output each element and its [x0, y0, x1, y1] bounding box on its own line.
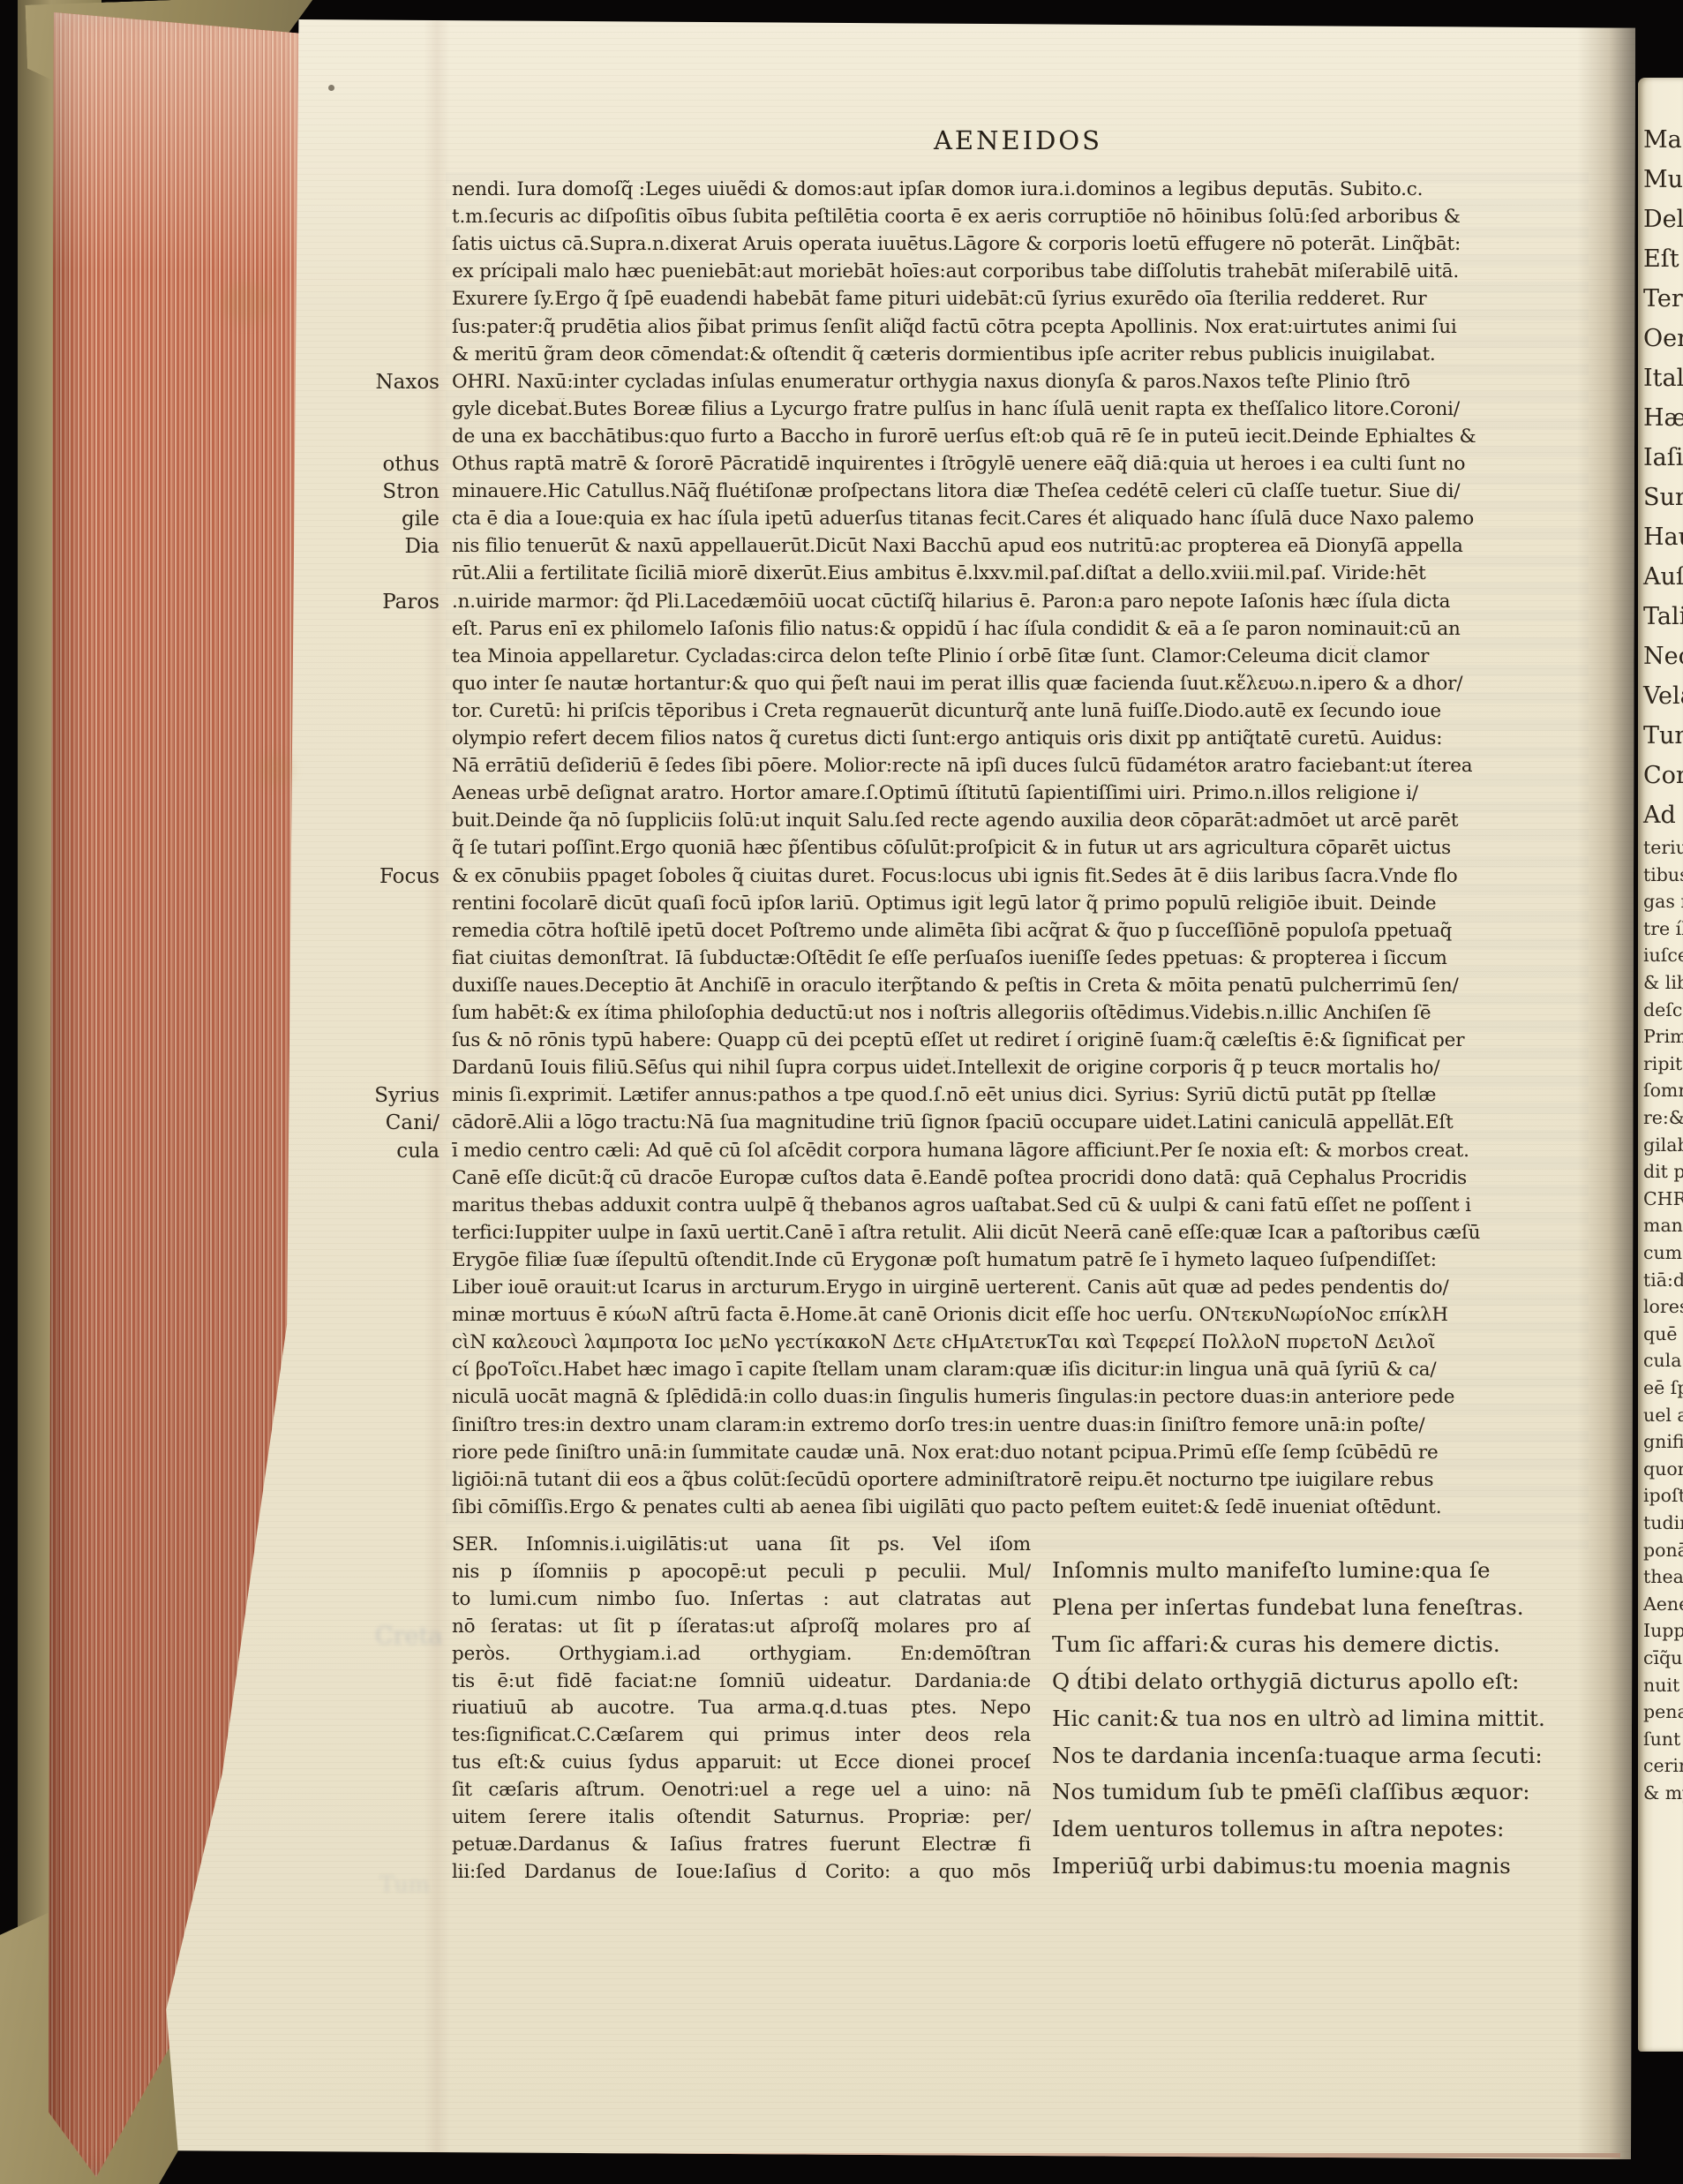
facing-page-line: cum r: [1643, 1242, 1683, 1263]
facing-page-line: & lib: [1643, 972, 1683, 993]
text-line: cta ē dia a Ioue:quia ex hac íſula ipetū…: [452, 508, 1584, 535]
text-line: minæ mortuus ē κύωΝ aſtrū facta ē.Home.ā…: [452, 1304, 1584, 1331]
facing-page-line: Oen: [1643, 325, 1683, 352]
facing-page-line: gilaba: [1643, 1134, 1683, 1156]
verse-line: Tum ſic affari:& curas his demere dictis…: [1052, 1631, 1604, 1668]
margin-label: gile: [300, 508, 440, 531]
facing-page-line: Terr: [1643, 285, 1683, 313]
text-line: t.m.ſecuris ac diſpoſitis oībus ſubita p…: [452, 206, 1584, 233]
text-line: niculā uocāt magnā & ſplēdidā:in collo d…: [452, 1386, 1584, 1413]
text-line: ex prícipali malo hæc pueniebāt:aut mori…: [452, 260, 1584, 288]
text-line: rūt.Alii a fertilitate ſiciliā miorē dix…: [452, 562, 1584, 590]
book-photo: Creta Tum AENEIDOS nendi. Iura domoſq̃ :…: [0, 0, 1683, 2184]
text-line: fiat ciuitas demonſtrat. Iā ſubductæ:Oſt…: [452, 947, 1584, 975]
margin-label: cula: [300, 1140, 440, 1163]
text-line: to lumi.cum nimbo ſuo. Inſertas : aut cl…: [452, 1588, 1031, 1615]
text-line: tes:ſignificat.C.Cæſarem qui primus inte…: [452, 1724, 1031, 1751]
text-line: tea Minoia appellaretur. Cycladas:circa …: [452, 645, 1584, 673]
facing-page-line: gas nō: [1643, 891, 1683, 912]
facing-page-line: Tali: [1643, 603, 1683, 630]
facing-page-line: quē d: [1643, 1323, 1683, 1344]
facing-page-line: Ad o: [1643, 802, 1683, 829]
text-line: riuatiuū ab aucotre. Tua arma.q.d.tuas p…: [452, 1697, 1031, 1724]
text-line: q̃ ſe tutari poſſint.Ergo quoniā hæc p̃ſ…: [452, 837, 1584, 864]
facing-page-line: mani: [1643, 1215, 1683, 1236]
facing-page-line: Italia: [1643, 365, 1683, 392]
text-line: & meritū g̃ram deoʀ cōmendat:& oſtendit …: [452, 343, 1584, 371]
page-bottom-edge: [207, 2153, 1620, 2158]
text-line: nendi. Iura domoſq̃ :Leges uiuẽdi & domo…: [452, 178, 1584, 206]
facing-page-line: cerime: [1643, 1755, 1683, 1776]
text-line: tus eſt:& cuius ſydus apparuit: ut Ecce …: [452, 1751, 1031, 1779]
text-line: .n.uiride marmor: q̃d Pli.Lacedæmōiū uoc…: [452, 591, 1584, 618]
text-line: Othus raptā matrē & ſororē Pācratidē inq…: [452, 453, 1584, 480]
facing-page-line: Corr: [1643, 762, 1683, 789]
facing-page-line: & myſt: [1643, 1782, 1683, 1804]
paper-stain: [258, 755, 293, 785]
facing-page-line: quonī: [1643, 1458, 1683, 1480]
margin-label: Naxos: [300, 371, 440, 394]
facing-page-line: deſcri: [1643, 999, 1683, 1020]
facing-page-line: Deli: [1643, 206, 1683, 233]
text-line: ſit cæſaris aſtrum. Oenotri:uel a rege u…: [452, 1779, 1031, 1806]
text-line: Dardanū Iouis filiū.Sēſus qui nihil ſupr…: [452, 1057, 1584, 1084]
facing-page-line: re:& c: [1643, 1107, 1683, 1128]
margin-label: Stron: [300, 480, 440, 503]
verse-line: Nos tumidum ſub te pmēſi claſſibus æquor…: [1052, 1779, 1604, 1816]
facing-page-line: lores: [1643, 1296, 1683, 1317]
facing-page-line: Auſo: [1643, 563, 1683, 591]
text-line: terfici:Iuppiter uulpe in ſaxū uertit.Ca…: [452, 1222, 1584, 1249]
text-line: cādorē.Alii a lōgo tractu:Nā ſua magnitu…: [452, 1111, 1584, 1139]
facing-page-line: Eſt l: [1643, 245, 1683, 273]
facing-page-line: ſomn: [1643, 1080, 1683, 1101]
text-line: ſus & nō rōnis typū habere: Quapp cū dei…: [452, 1029, 1584, 1057]
verse-line: Nos te dardania incenſa:tuaque arma ſecu…: [1052, 1743, 1604, 1780]
facing-page-line: Hæ i: [1643, 404, 1683, 432]
text-line: SER. Inſomnis.i.uigilātis:ut uana ſit ps…: [452, 1533, 1031, 1561]
ink-fleck: [328, 85, 334, 91]
text-line: minauere.Hic Catullus.Nāq̃ fluétiſonæ pr…: [452, 480, 1584, 508]
text-line: ſus:pater:q̃ prudētia alios p̃ibat primu…: [452, 316, 1584, 343]
text-line: de una ex bacchātibus:quo furto a Baccho…: [452, 426, 1584, 453]
text-line: ī medio centro cæli: Ad quē cū ſol aſcēd…: [452, 1140, 1584, 1167]
text-line: & ex cōnubiis ppaget ſoboles q̃ ciuitas …: [452, 865, 1584, 892]
facing-page-line: Mut: [1643, 166, 1683, 193]
margin-label: othus: [300, 453, 440, 476]
text-line: peròs. Orthygiam.i.ad orthygiam. En:demō…: [452, 1643, 1031, 1670]
facing-page-line: uel ab: [1643, 1405, 1683, 1426]
verse-line: Q d́tibi delato orthygiā dicturus apollo…: [1052, 1668, 1604, 1706]
facing-page-line: tre íb: [1643, 918, 1683, 939]
facing-page-line: ſunt n: [1643, 1728, 1683, 1750]
facing-page-line: cula ſu: [1643, 1350, 1683, 1371]
text-line: OHRI. Naxū:inter cycladas inſulas enumer…: [452, 371, 1584, 398]
text-line: nis p íſomniis p apocopē:ut peculi p pec…: [452, 1561, 1031, 1588]
facing-page-line: cīq̃ua: [1643, 1647, 1683, 1668]
facing-page-line: tiā:du: [1643, 1269, 1683, 1291]
text-line: minis ſi.exprimit̃. Lætifer annus:pathos…: [452, 1084, 1584, 1111]
margin-label: Syrius: [300, 1084, 440, 1107]
text-line: maritus thebas adduxit contra uulpē q̃ t…: [452, 1194, 1584, 1222]
facing-page-line: Hau: [1643, 523, 1683, 551]
text-line: olympio refert decem filios natos q̃ cur…: [452, 727, 1584, 755]
text-line: nis filio tenuerūt & naxū appellauerūt.D…: [452, 535, 1584, 562]
text-line: Aeneas urbē deſignat aratro. Hortor amar…: [452, 782, 1584, 810]
verse-line: Imperiūq̃ urbi dabimus:tu moenia magnis: [1052, 1853, 1604, 1890]
margin-label: Focus: [300, 865, 440, 888]
facing-page-line: CHR: [1643, 1188, 1683, 1209]
facing-page-line: Aenea: [1643, 1593, 1683, 1615]
facing-page-line: Tun: [1643, 722, 1683, 749]
facing-page-line: thea T: [1643, 1566, 1683, 1587]
verse-line: Hic canit:& tua nos en ultrò ad limina m…: [1052, 1706, 1604, 1743]
paper-stain: [221, 282, 274, 323]
text-line: eſt. Parus enī ex philomelo Iaſonis fili…: [452, 618, 1584, 645]
facing-page-line: tudine: [1643, 1512, 1683, 1533]
text-line: petuæ.Dardanus & Iaſius fratres fuerunt …: [452, 1834, 1031, 1861]
show-through-word: Creta: [375, 1623, 443, 1650]
text-line: rentini focolarē dicūt quaſi focū ipſoʀ …: [452, 892, 1584, 920]
text-line: ſum habēt:& ex ítima philoſophia deductū…: [452, 1002, 1584, 1029]
facing-page-line: gnifica: [1643, 1431, 1683, 1452]
text-line: quo inter ſe nautæ hortantur:& quo qui p…: [452, 673, 1584, 700]
text-line: ϲὶΝ καλεουϲὶ λαμπροτα Ιοϲ μεΝο γεϲτίκακο…: [452, 1331, 1584, 1359]
margin-label: Paros: [300, 591, 440, 614]
facing-page-line: ripit i: [1643, 1053, 1683, 1074]
facing-page-line: Prim: [1643, 1026, 1683, 1047]
text-line: ϲί βροΤοῖϲι.Habet hæc imago ī capite ſte…: [452, 1359, 1584, 1386]
margin-label: Cani/: [300, 1111, 440, 1134]
text-line: ſatis uictus cā.Supra.n.dixerat Aruis op…: [452, 233, 1584, 260]
text-line: lii:ſed Dardanus de Ioue:Iaſius d̃ Corit…: [452, 1861, 1031, 1888]
facing-page-line: terius: [1643, 837, 1683, 858]
facing-page-line: eē ſper: [1643, 1377, 1683, 1398]
text-line: buit.Deinde q̃a nō ſuppliciis ſolū:ut in…: [452, 810, 1584, 837]
facing-page-line: nuit C: [1643, 1675, 1683, 1696]
verse-line: Inſomnis multo manifeſto lumine:qua ſe: [1052, 1557, 1604, 1594]
facing-page-line: tibus: [1643, 864, 1683, 885]
verse-line: Plena per inſertas fundebat luna feneſtr…: [1052, 1594, 1604, 1631]
facing-page-line: Iuppit: [1643, 1620, 1683, 1641]
show-through-word: Tum: [379, 1871, 429, 1897]
text-line: Erygōe filiæ ſuæ íſepultū oſtendit.Inde …: [452, 1249, 1584, 1277]
facing-page-line: Surg: [1643, 484, 1683, 511]
text-line: ſiniſtro tres:in dextro unam claram:in e…: [452, 1414, 1584, 1442]
text-line: Liber iouē orauit:ut Icarus in arcturum.…: [452, 1277, 1584, 1304]
running-title: AENEIDOS: [452, 125, 1584, 155]
text-line: duxiſſe naues.Deceptio āt Anchiſē in ora…: [452, 975, 1584, 1002]
text-line: ligiōi:nā tutant̃ dii eos a q̃bus colūt̃…: [452, 1469, 1584, 1496]
facing-page-line: Mag: [1643, 126, 1683, 154]
facing-page-line: Vela: [1643, 682, 1683, 710]
text-line: Nā errātiū deſideriū ē ſedes ſibi pōere.…: [452, 755, 1584, 782]
text-line: nō ſeratas: ut ſit p íſeratas:ut aſproſq…: [452, 1615, 1031, 1643]
text-line: tis ē:ut fidē faciat:ne ſomniū uideatur.…: [452, 1670, 1031, 1698]
facing-page-line: iuſcer: [1643, 945, 1683, 966]
text-line: ſibi cōmiſſis.Ergo & penates culti ab ae…: [452, 1496, 1584, 1524]
text-line: tor. Curetū: hi priſcis tēporibus i Cret…: [452, 700, 1584, 727]
text-line: Exurere ſy.Ergo q̃ ſpē euadendi habebāt …: [452, 288, 1584, 315]
margin-label: Dia: [300, 535, 440, 558]
facing-page-line: dit pr: [1643, 1161, 1683, 1182]
text-line: uitem ſerere italis oſtendit Saturnus. P…: [452, 1806, 1031, 1834]
text-line: Canē eſſe dicūt:q̃ cū dracōe Europæ cuſt…: [452, 1167, 1584, 1194]
facing-page-line: Nec: [1643, 643, 1683, 670]
facing-page-line: ponā &: [1643, 1540, 1683, 1561]
text-line: riore pede ſiniſtro unā:in ſummitate cau…: [452, 1442, 1584, 1469]
text-line: gyle dicebat̃.Butes Boreæ filius a Lycur…: [452, 398, 1584, 426]
facing-page-line: ipoſtr: [1643, 1485, 1683, 1506]
facing-page-line: Iaſiu: [1643, 444, 1683, 471]
verse-line: Idem uenturos tollemus in aſtra nepotes:: [1052, 1816, 1604, 1853]
facing-page-line: penate: [1643, 1701, 1683, 1722]
text-line: remedia cōtra hoſtilē ipetū docet Poſtre…: [452, 920, 1584, 947]
